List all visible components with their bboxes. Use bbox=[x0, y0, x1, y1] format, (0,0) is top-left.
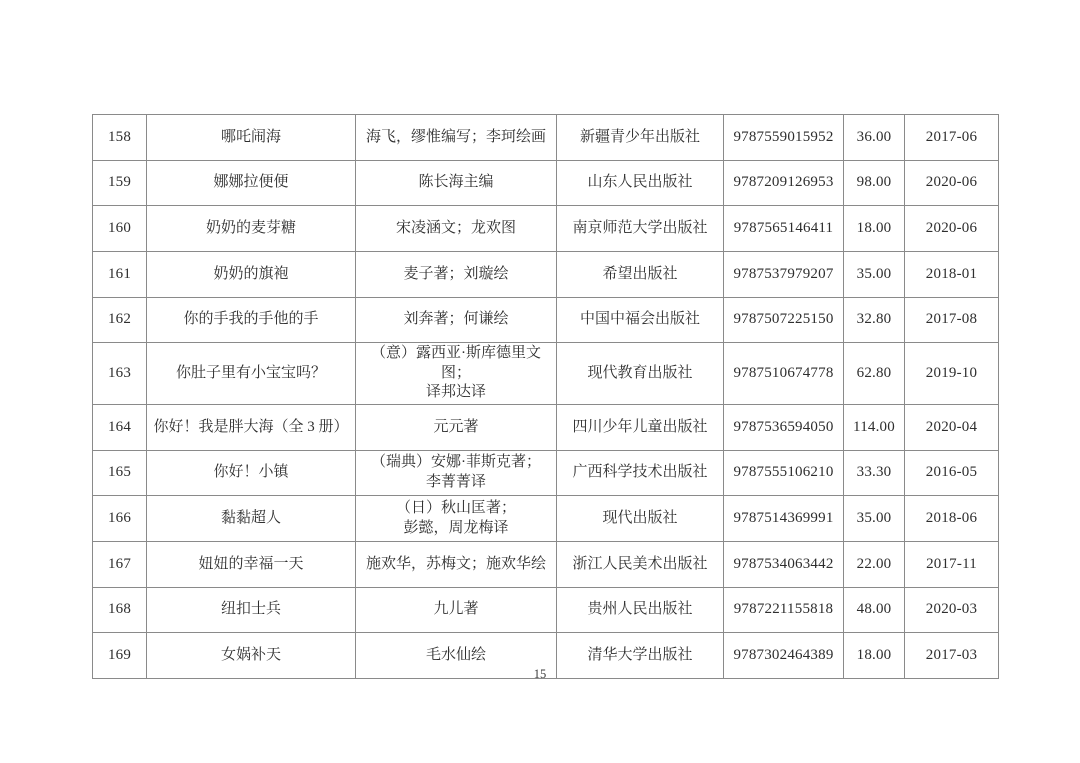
cell-isbn: 9787510674778 bbox=[724, 343, 844, 405]
cell-price: 36.00 bbox=[844, 115, 905, 161]
cell-isbn: 9787514369991 bbox=[724, 496, 844, 542]
cell-isbn: 9787221155818 bbox=[724, 587, 844, 633]
cell-author: 元元著 bbox=[356, 404, 557, 450]
cell-price: 98.00 bbox=[844, 160, 905, 206]
page-number: 15 bbox=[0, 667, 1080, 682]
table-row: 164 你好！我是胖大海（全 3 册） 元元著 四川少年儿童出版社 978753… bbox=[93, 404, 999, 450]
cell-price: 22.00 bbox=[844, 542, 905, 588]
table-row: 161 奶奶的旗袍 麦子著；刘璇绘 希望出版社 9787537979207 35… bbox=[93, 252, 999, 298]
cell-index: 165 bbox=[93, 450, 147, 496]
cell-date: 2020-04 bbox=[905, 404, 999, 450]
cell-author: 海飞，缪惟编写；李珂绘画 bbox=[356, 115, 557, 161]
cell-author: （日）秋山匡著； 彭懿，周龙梅译 bbox=[356, 496, 557, 542]
cell-title: 你好！我是胖大海（全 3 册） bbox=[147, 404, 356, 450]
cell-index: 168 bbox=[93, 587, 147, 633]
cell-index: 158 bbox=[93, 115, 147, 161]
table-row: 167 妞妞的幸福一天 施欢华，苏梅文；施欢华绘 浙江人民美术出版社 97875… bbox=[93, 542, 999, 588]
cell-date: 2018-01 bbox=[905, 252, 999, 298]
cell-isbn: 9787507225150 bbox=[724, 297, 844, 343]
cell-index: 161 bbox=[93, 252, 147, 298]
cell-price: 35.00 bbox=[844, 252, 905, 298]
cell-date: 2020-03 bbox=[905, 587, 999, 633]
cell-publisher: 现代出版社 bbox=[557, 496, 724, 542]
cell-index: 166 bbox=[93, 496, 147, 542]
cell-author: 九儿著 bbox=[356, 587, 557, 633]
table-row: 159 娜娜拉便便 陈长海主编 山东人民出版社 9787209126953 98… bbox=[93, 160, 999, 206]
book-list-table: 158 哪吒闹海 海飞，缪惟编写；李珂绘画 新疆青少年出版社 978755901… bbox=[92, 114, 999, 679]
cell-author: 陈长海主编 bbox=[356, 160, 557, 206]
table-row: 166 黏黏超人 （日）秋山匡著； 彭懿，周龙梅译 现代出版社 97875143… bbox=[93, 496, 999, 542]
cell-publisher: 希望出版社 bbox=[557, 252, 724, 298]
cell-index: 163 bbox=[93, 343, 147, 405]
cell-date: 2017-06 bbox=[905, 115, 999, 161]
cell-title: 你肚子里有小宝宝吗？ bbox=[147, 343, 356, 405]
cell-price: 33.30 bbox=[844, 450, 905, 496]
table-row: 162 你的手我的手他的手 刘奔著；何谦绘 中国中福会出版社 978750722… bbox=[93, 297, 999, 343]
cell-date: 2016-05 bbox=[905, 450, 999, 496]
cell-isbn: 9787537979207 bbox=[724, 252, 844, 298]
cell-price: 35.00 bbox=[844, 496, 905, 542]
table-row: 160 奶奶的麦芽糖 宋凌涵文；龙欢图 南京师范大学出版社 9787565146… bbox=[93, 206, 999, 252]
cell-index: 162 bbox=[93, 297, 147, 343]
cell-index: 167 bbox=[93, 542, 147, 588]
cell-author: 麦子著；刘璇绘 bbox=[356, 252, 557, 298]
cell-author: 刘奔著；何谦绘 bbox=[356, 297, 557, 343]
cell-publisher: 中国中福会出版社 bbox=[557, 297, 724, 343]
cell-title: 奶奶的旗袍 bbox=[147, 252, 356, 298]
cell-publisher: 南京师范大学出版社 bbox=[557, 206, 724, 252]
cell-date: 2017-11 bbox=[905, 542, 999, 588]
cell-isbn: 9787555106210 bbox=[724, 450, 844, 496]
table-row: 165 你好！小镇 （瑞典）安娜·菲斯克著； 李菁菁译 广西科学技术出版社 97… bbox=[93, 450, 999, 496]
table-row: 163 你肚子里有小宝宝吗？ （意）露西亚·斯库德里文图； 译邦达译 现代教育出… bbox=[93, 343, 999, 405]
cell-title: 娜娜拉便便 bbox=[147, 160, 356, 206]
cell-publisher: 贵州人民出版社 bbox=[557, 587, 724, 633]
cell-index: 159 bbox=[93, 160, 147, 206]
cell-index: 164 bbox=[93, 404, 147, 450]
cell-isbn: 9787559015952 bbox=[724, 115, 844, 161]
cell-publisher: 四川少年儿童出版社 bbox=[557, 404, 724, 450]
document-page: 158 哪吒闹海 海飞，缪惟编写；李珂绘画 新疆青少年出版社 978755901… bbox=[0, 0, 1080, 763]
cell-price: 18.00 bbox=[844, 206, 905, 252]
cell-title: 你的手我的手他的手 bbox=[147, 297, 356, 343]
cell-title: 你好！小镇 bbox=[147, 450, 356, 496]
cell-isbn: 9787536594050 bbox=[724, 404, 844, 450]
cell-title: 哪吒闹海 bbox=[147, 115, 356, 161]
cell-isbn: 9787534063442 bbox=[724, 542, 844, 588]
cell-publisher: 新疆青少年出版社 bbox=[557, 115, 724, 161]
cell-date: 2017-08 bbox=[905, 297, 999, 343]
cell-title: 妞妞的幸福一天 bbox=[147, 542, 356, 588]
cell-date: 2020-06 bbox=[905, 160, 999, 206]
cell-date: 2020-06 bbox=[905, 206, 999, 252]
cell-isbn: 9787209126953 bbox=[724, 160, 844, 206]
cell-title: 黏黏超人 bbox=[147, 496, 356, 542]
cell-index: 160 bbox=[93, 206, 147, 252]
cell-title: 纽扣士兵 bbox=[147, 587, 356, 633]
cell-title: 奶奶的麦芽糖 bbox=[147, 206, 356, 252]
cell-publisher: 山东人民出版社 bbox=[557, 160, 724, 206]
cell-price: 32.80 bbox=[844, 297, 905, 343]
cell-publisher: 现代教育出版社 bbox=[557, 343, 724, 405]
table-row: 168 纽扣士兵 九儿著 贵州人民出版社 9787221155818 48.00… bbox=[93, 587, 999, 633]
cell-price: 114.00 bbox=[844, 404, 905, 450]
cell-author: （意）露西亚·斯库德里文图； 译邦达译 bbox=[356, 343, 557, 405]
cell-date: 2019-10 bbox=[905, 343, 999, 405]
cell-publisher: 广西科学技术出版社 bbox=[557, 450, 724, 496]
cell-isbn: 9787565146411 bbox=[724, 206, 844, 252]
table-row: 158 哪吒闹海 海飞，缪惟编写；李珂绘画 新疆青少年出版社 978755901… bbox=[93, 115, 999, 161]
cell-publisher: 浙江人民美术出版社 bbox=[557, 542, 724, 588]
cell-author: （瑞典）安娜·菲斯克著； 李菁菁译 bbox=[356, 450, 557, 496]
cell-author: 宋凌涵文；龙欢图 bbox=[356, 206, 557, 252]
cell-author: 施欢华，苏梅文；施欢华绘 bbox=[356, 542, 557, 588]
cell-price: 48.00 bbox=[844, 587, 905, 633]
cell-date: 2018-06 bbox=[905, 496, 999, 542]
cell-price: 62.80 bbox=[844, 343, 905, 405]
